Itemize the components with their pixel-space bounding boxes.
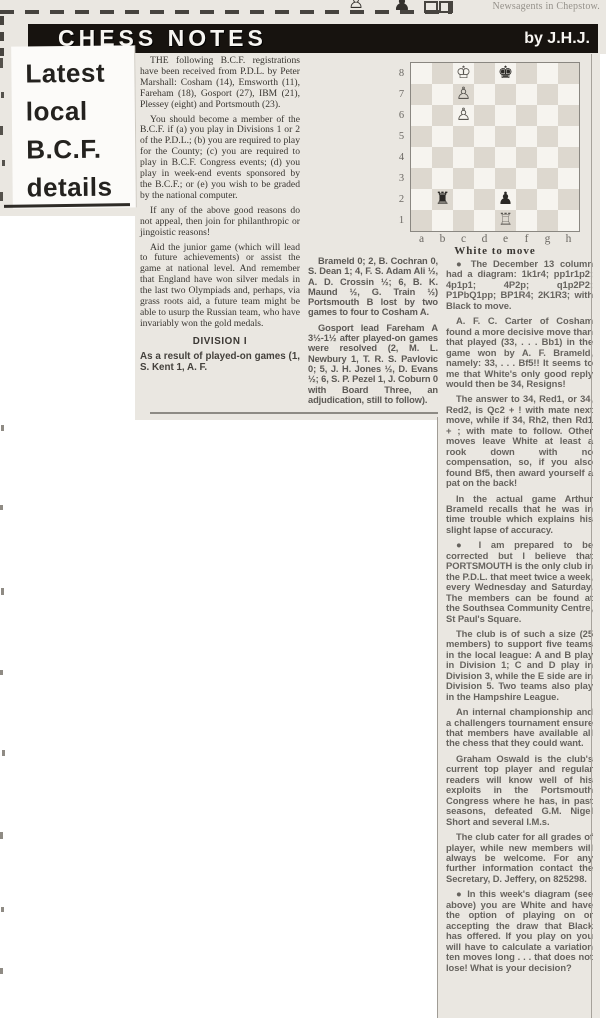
file-label: a [411,233,432,245]
rank-label: 8 [395,63,408,84]
board-square [558,126,579,147]
rank-label: 6 [395,105,408,126]
headline-line: local [12,91,135,130]
paragraph: THE following B.C.F. registrations have … [140,56,300,111]
board-square [432,168,453,189]
board-square [411,147,432,168]
remnant-box-icon [424,1,438,13]
board-square [558,147,579,168]
black-pawn-icon: ♟ [495,189,516,210]
board-square [558,84,579,105]
column-registrations: THE following B.C.F. registrations have … [140,56,300,373]
board-square [495,126,516,147]
board-square [474,105,495,126]
headline-box: LatestlocalB.C.F.details [11,45,137,208]
remnant-white-pawn-icon: ♙ [348,0,364,13]
board-square [453,126,474,147]
coupon-dash-left [0,16,4,56]
diagram-caption: White to move [403,245,587,257]
rank-label: 2 [395,189,408,210]
board-square: ♔ [453,63,474,84]
board-square [411,63,432,84]
board-square [537,63,558,84]
headline-line: details [12,167,135,206]
division-heading: DIVISION I [140,337,300,348]
paragraph: If any of the above good reasons do not … [140,206,300,239]
board-square [474,147,495,168]
chess-board: ♔♚♙♙♜♟♖ [410,62,580,232]
board-square [432,147,453,168]
commentary-paragraph: A. F. C. Carter of Cosham found a more d… [446,316,593,389]
commentary-paragraph: In the actual game Arthur Brameld recall… [446,494,593,536]
paragraph: Aid the junior game (which will lead to … [140,243,300,330]
board-square [516,210,537,231]
board-square [516,126,537,147]
board-square [516,189,537,210]
remnant-note: Newsagents in Chepstow. [460,1,600,12]
board-square [537,105,558,126]
rank-label: 7 [395,84,408,105]
rank-label: 4 [395,147,408,168]
board-square [432,84,453,105]
white-pawn-icon: ♙ [453,105,474,126]
tear-mark [1,907,4,912]
board-square [453,189,474,210]
board-square [474,210,495,231]
tear-mark [2,160,5,166]
board-square [432,105,453,126]
file-label: b [432,233,453,245]
board-square [474,126,495,147]
remnant-box-icon [439,1,453,13]
headline-line: Latest [11,53,134,92]
board-square [558,189,579,210]
board-square [537,189,558,210]
commentary-paragraph: The club cater for all grades of player,… [446,832,593,884]
tear-mark [1,92,4,98]
board-square [516,168,537,189]
board-square [411,168,432,189]
rank-labels: 87654321 [395,63,408,231]
commentary-paragraph: The answer to 34, Red1, or 34, Red2, is … [446,394,593,488]
headline-line: B.C.F. [12,129,135,168]
board-square [411,84,432,105]
tear-mark [0,126,3,135]
white-king-icon: ♔ [453,63,474,84]
commentary-paragraph: ● I am prepared to be corrected but I be… [446,540,593,624]
board-square [411,210,432,231]
board-square [453,147,474,168]
board-square [432,63,453,84]
column-divider [437,417,438,1018]
file-label: h [558,233,579,245]
board-square [474,63,495,84]
board-square [495,147,516,168]
file-label: g [537,233,558,245]
tear-mark [0,670,3,675]
white-rook-icon: ♖ [495,210,516,231]
white-pawn-icon: ♙ [453,84,474,105]
board-square [411,126,432,147]
board-square [432,210,453,231]
board-square [495,168,516,189]
commentary-paragraph: The club is of such a size (25 members) … [446,629,593,702]
file-label: f [516,233,537,245]
board-square: ♙ [453,105,474,126]
section-rule [150,412,438,414]
newspaper-clipping: ♙ ♟ Newsagents in Chepstow. CHESS NOTES … [0,0,606,1024]
file-label: e [495,233,516,245]
board-square [411,189,432,210]
commentary-paragraph: ● In this week's diagram (see above) you… [446,889,593,973]
board-square [453,210,474,231]
board-square [495,105,516,126]
board-square [516,63,537,84]
coupon-dash-line [0,10,452,14]
column-commentary: ● The December 13 column had a diagram: … [446,259,593,978]
tear-mark [2,750,5,756]
board-square [558,210,579,231]
board-square [537,168,558,189]
board-square [411,105,432,126]
board-square [558,168,579,189]
board-square: ♟ [495,189,516,210]
board-square: ♙ [453,84,474,105]
commentary-paragraph: Graham Oswald is the club's current top … [446,754,593,827]
tear-mark [0,832,3,839]
rank-label: 3 [395,168,408,189]
board-square [453,168,474,189]
division-result-line: As a result of played-on games (1, S. Ke… [140,351,300,373]
file-label: d [474,233,495,245]
commentary-paragraph: ● The December 13 column had a diagram: … [446,259,593,311]
board-square [495,84,516,105]
board-square [537,147,558,168]
black-rook-icon: ♜ [432,189,453,210]
board-square: ♖ [495,210,516,231]
board-square [537,84,558,105]
black-king-icon: ♚ [495,63,516,84]
paragraph: Brameld 0; 2, B. Cochran 0, S. Dean 1; 4… [308,256,438,318]
registrations-paragraphs: THE following B.C.F. registrations have … [140,56,300,330]
rank-label: 1 [395,210,408,231]
file-labels: abcdefgh [411,233,579,245]
board-square [558,63,579,84]
board-square: ♚ [495,63,516,84]
remnant-black-pawn-icon: ♟ [393,0,411,15]
byline: by J.H.J. [524,30,598,48]
board-square [474,84,495,105]
tear-mark [1,425,4,431]
board-square: ♜ [432,189,453,210]
board-square [558,105,579,126]
board-square [537,210,558,231]
rank-label: 5 [395,126,408,147]
commentary-paragraph: An internal championship and a challenge… [446,707,593,749]
tear-mark [0,505,3,510]
column-results: Brameld 0; 2, B. Cochran 0, S. Dean 1; 4… [308,256,438,410]
board-square [516,84,537,105]
right-edge-rule [591,54,592,1018]
tear-mark [0,192,3,201]
tear-mark [0,968,3,974]
paragraph: Gosport lead Fareham A 3½-1½ after playe… [308,323,438,405]
board-square [537,126,558,147]
board-square [432,126,453,147]
board-square [474,189,495,210]
file-label: c [453,233,474,245]
tear-mark [0,58,3,68]
paragraph: You should become a member of the B.C.F.… [140,115,300,202]
board-square [516,105,537,126]
board-square [516,147,537,168]
board-square [474,168,495,189]
tear-mark [1,588,4,595]
